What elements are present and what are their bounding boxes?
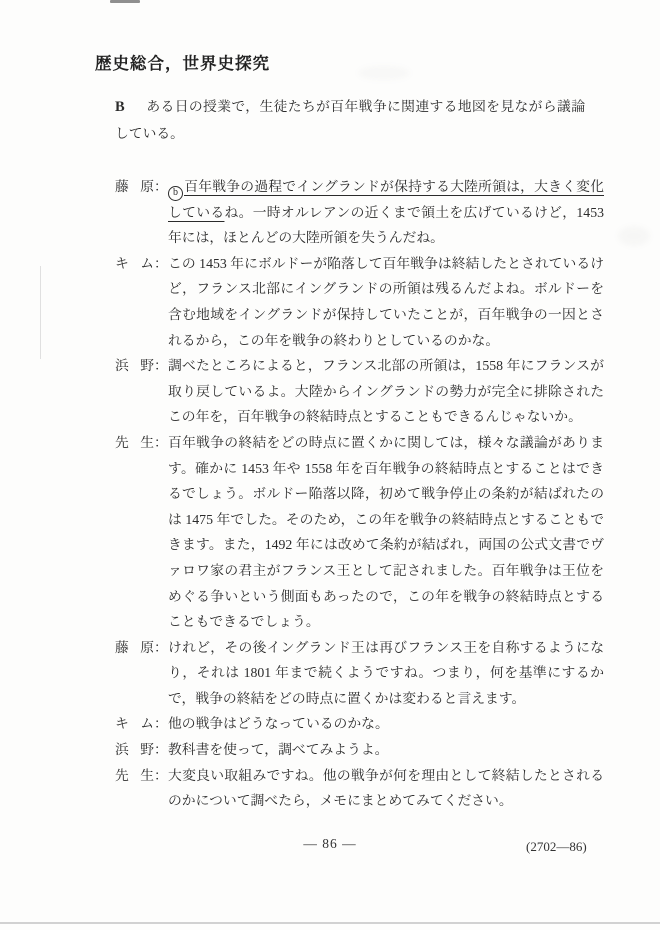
speaker-colon: ： bbox=[154, 358, 168, 373]
dialogue-row-kim-1: キ ム： この 1453 年にボルドーが陥落して百年戦争は終結したとされているけ… bbox=[115, 251, 604, 353]
page-title: 歴史総合，世界史探究 bbox=[95, 50, 270, 74]
speaker-label: 先 生： bbox=[115, 430, 168, 635]
speaker-colon: ： bbox=[154, 640, 168, 655]
scan-smudge bbox=[358, 66, 410, 80]
dialogue-text: 大変良い取組みですね。他の戦争が何を理由として終結したとされるのかについて調べた… bbox=[168, 763, 604, 814]
scan-edge-top-mark bbox=[110, 0, 140, 3]
speaker-label: 先 生： bbox=[115, 763, 168, 814]
dialogue-text: 他の戦争はどうなっているのかな。 bbox=[168, 711, 604, 737]
speaker-label: キ ム： bbox=[115, 251, 168, 353]
dialogue-row-hamano-2: 浜 野： 教科書を使って，調べてみようよ。 bbox=[115, 737, 604, 763]
section-label: B bbox=[115, 95, 146, 121]
dialogue-rest-text: ね。一時オルレアンの近くまで領土を広げているけど，1453 年には，ほとんどの大… bbox=[168, 205, 604, 246]
dialogue-text: 百年戦争の終結をどの時点に置くかに関しては，様々な議論があります。確かに 145… bbox=[168, 430, 604, 635]
section-intro-text: ある日の授業で，生徒たちが百年戦争に関連する地図を見ながら議論している。 bbox=[115, 99, 585, 141]
exam-page: 歴史総合，世界史探究 Bある日の授業で，生徒たちが百年戦争に関連する地図を見なが… bbox=[0, 0, 660, 930]
dialogue-row-hamano-1: 浜 野： 調べたところによると，フランス北部の所領は，1558 年にフランスが取… bbox=[115, 353, 604, 430]
scan-smudge bbox=[618, 226, 650, 246]
dialogue-row-kim-2: キ ム： 他の戦争はどうなっているのかな。 bbox=[115, 711, 604, 737]
dialogue-text: この 1453 年にボルドーが陥落して百年戦争は終結したとされているけど，フラン… bbox=[168, 251, 604, 353]
speaker-colon: ： bbox=[154, 435, 168, 450]
speaker-label: 浜 野： bbox=[115, 737, 168, 763]
speaker-colon: ： bbox=[154, 716, 168, 731]
dialogue-text: けれど，その後イングランド王は再びフランス王を自称するようになり，それは 180… bbox=[168, 635, 604, 712]
speaker-colon: ： bbox=[154, 768, 168, 783]
speaker-colon: ： bbox=[154, 256, 168, 271]
dialogue-text: 教科書を使って，調べてみようよ。 bbox=[168, 737, 604, 763]
speaker-label: 浜 野： bbox=[115, 353, 168, 430]
footer-print-code: (2702—86) bbox=[526, 839, 587, 855]
dialogue-row-teacher-2: 先 生： 大変良い取組みですね。他の戦争が何を理由として終結したとされるのかにつ… bbox=[115, 763, 604, 814]
dialogue-row-teacher-1: 先 生： 百年戦争の終結をどの時点に置くかに関しては，様々な議論があります。確か… bbox=[115, 430, 604, 635]
dialogue-text: b百年戦争の過程でイングランドが保持する大陸所領は，大きく変化しているね。一時オ… bbox=[168, 174, 604, 251]
circled-b-marker: b bbox=[168, 186, 183, 201]
speaker-label: 藤 原： bbox=[115, 174, 168, 251]
dialogue-list: 藤 原： b百年戦争の過程でイングランドが保持する大陸所領は，大きく変化している… bbox=[115, 174, 604, 814]
scan-edge-bottom-line bbox=[0, 922, 660, 924]
speaker-colon: ： bbox=[154, 179, 168, 194]
dialogue-row-fujiwara-1: 藤 原： b百年戦争の過程でイングランドが保持する大陸所領は，大きく変化している… bbox=[115, 174, 604, 251]
speaker-label: 藤 原： bbox=[115, 635, 168, 712]
dialogue-text: 調べたところによると，フランス北部の所領は，1558 年にフランスが取り戻してい… bbox=[168, 353, 604, 430]
speaker-colon: ： bbox=[154, 742, 168, 757]
section-b-intro: Bある日の授業で，生徒たちが百年戦争に関連する地図を見ながら議論している。 bbox=[115, 94, 585, 146]
scan-edge-left-mark bbox=[40, 266, 41, 359]
speaker-label: キ ム： bbox=[115, 711, 168, 737]
dialogue-row-fujiwara-2: 藤 原： けれど，その後イングランド王は再びフランス王を自称するようになり，それ… bbox=[115, 635, 604, 712]
